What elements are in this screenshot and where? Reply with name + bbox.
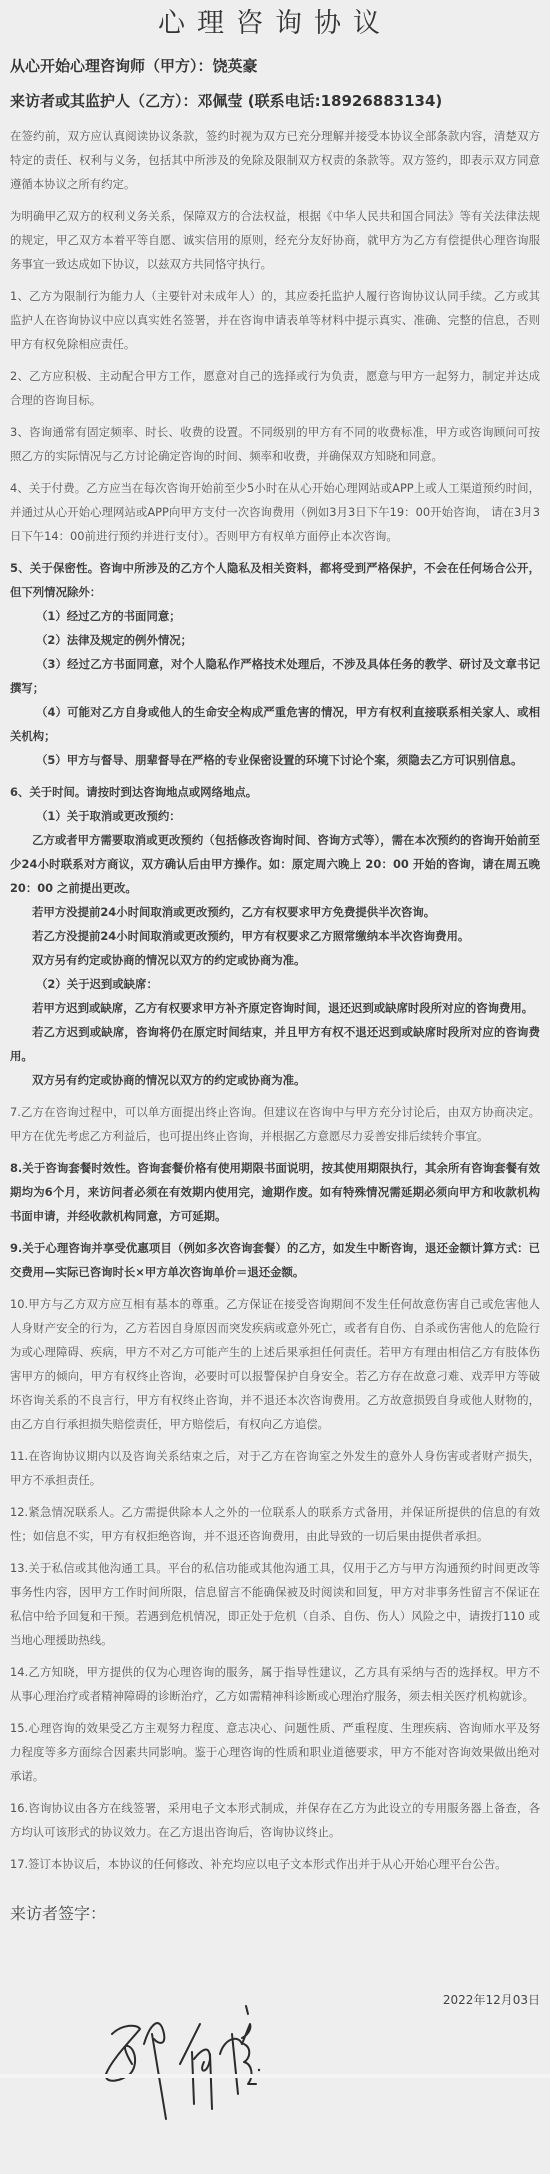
clause-10: 10.甲方与乙方双方应互相有基本的尊重。乙方保证在接受咨询期间不发生任何故意伤害… <box>10 1292 540 1436</box>
clause-6-sub1-line-2: 若甲方没提前24小时间取消或更改预约，乙方有权要求甲方免费提供半次咨询。 <box>10 900 540 924</box>
clause-6-sub2-line-3: 双方另有约定或协商的情况以双方的约定或协商为准。 <box>10 1068 540 1092</box>
signature-label: 来访者签字： <box>10 1902 540 1926</box>
intro-paragraph-1: 在签约前，双方应认真阅读协议条款，签约时视为双方已充分理解并接受本协议全部条款内… <box>10 124 540 196</box>
party-b-line: 来访者或其监护人（乙方）：邓佩莹 (联系电话:18926883134) <box>10 91 540 111</box>
clause-2: 2、乙方应积极、主动配合甲方工作，愿意对自己的选择或行为负责，愿意与甲方一起努力… <box>10 364 540 412</box>
clause-7: 7.乙方在咨询过程中，可以单方面提出终止咨询。但建议在咨询中与甲方充分讨论后，由… <box>10 1100 540 1148</box>
clause-17: 17.签订本协议后，本协议的任何修改、补充均应以电子文本形式作出并于从心开始心理… <box>10 1852 540 1876</box>
clause-3: 3、咨询通常有固定频率、时长、收费的设置。不同级别的甲方有不同的收费标准，甲方或… <box>10 420 540 468</box>
clause-1: 1、乙方为限制行为能力人（主要针对未成年人）的，其应委托监护人履行咨询协议认同手… <box>10 284 540 356</box>
clause-5-confidentiality: 5、关于保密性。咨询中所涉及的乙方个人隐私及相关资料，都将受到严格保护，不会在任… <box>10 556 540 772</box>
clause-5-item-2: （2）法律及规定的例外情况； <box>10 628 540 652</box>
clause-16: 16.咨询协议由各方在线签署，采用电子文本形式制成，并保存在乙方为此设立的专用服… <box>10 1796 540 1844</box>
clause-8: 8.关于咨询套餐时效性。咨询套餐价格有使用期限书面说明，按其使用期限执行，其余所… <box>10 1156 540 1228</box>
clause-5-item-5: （5）甲方与督导、朋辈督导在严格的专业保密设置的环境下讨论个案，须隐去乙方可识别… <box>10 748 540 772</box>
clause-9: 9.关于心理咨询并享受优惠项目（例如多次咨询套餐）的乙方，如发生中断咨询，退还金… <box>10 1236 540 1284</box>
clause-6-sub1-title: （1）关于取消或更改预约： <box>10 804 540 828</box>
clause-6-time: 6、关于时间。请按时到达咨询地点或网络地点。 （1）关于取消或更改预约： 乙方或… <box>10 780 540 1092</box>
clause-6-sub1-line-1: 乙方或者甲方需要取消或更改预约（包括修改咨询时间、咨询方式等），需在本次预约的咨… <box>10 828 540 900</box>
clause-5-heading: 5、关于保密性。咨询中所涉及的乙方个人隐私及相关资料，都将受到严格保护，不会在任… <box>10 556 540 604</box>
clause-13: 13.关于私信或其他沟通工具。平台的私信功能或其他沟通工具，仅用于乙方与甲方沟通… <box>10 1556 540 1652</box>
signing-date: 2022年12月03日 <box>443 1991 540 2008</box>
clause-5-item-3: （3）经过乙方书面同意，对个人隐私作严格技术处理后，不涉及具体任务的教学、研讨及… <box>10 652 540 700</box>
signature-area <box>10 1944 540 2174</box>
clause-6-sub2-line-2: 若乙方迟到或缺席，咨询将仍在原定时间结束，并且甲方有权不退还迟到或缺席时段所对应… <box>10 1020 540 1068</box>
party-a-line: 从心开始心理咨询师（甲方）：饶英豪 <box>10 56 540 76</box>
clause-6-sub1-line-3: 若乙方没提前24小时间取消或更改预约，甲方有权要求乙方照常缴纳本半次咨询费用。 <box>10 924 540 948</box>
clause-6-sub2-line-1: 若甲方迟到或缺席，乙方有权要求甲方补齐原定咨询时间，退还迟到或缺席时段所对应的咨… <box>10 996 540 1020</box>
clause-6-sub1-line-4: 双方另有约定或协商的情况以双方的约定或协商为准。 <box>10 948 540 972</box>
page-title: 心理咨询协议 <box>10 0 540 50</box>
page-bottom-edge <box>0 2074 550 2078</box>
handwritten-signature-image <box>102 2004 282 2134</box>
clause-6-heading: 6、关于时间。请按时到达咨询地点或网络地点。 <box>10 780 540 804</box>
clause-4: 4、关于付费。乙方应当在每次咨询开始前至少5小时在从心开始心理网站或APP上或人… <box>10 476 540 548</box>
clause-6-sub2-title: （2）关于迟到或缺席： <box>10 972 540 996</box>
clause-15: 15.心理咨询的效果受乙方主观努力程度、意志决心、问题性质、严重程度、生理疾病、… <box>10 1716 540 1788</box>
intro-paragraph-2: 为明确甲乙双方的权利义务关系，保障双方的合法权益，根据《中华人民共和国合同法》等… <box>10 204 540 276</box>
clause-5-item-1: （1）经过乙方的书面同意； <box>10 604 540 628</box>
agreement-document: 心理咨询协议 从心开始心理咨询师（甲方）：饶英豪 来访者或其监护人（乙方）：邓佩… <box>0 0 550 2174</box>
clause-11: 11.在咨询协议期内以及咨询关系结束之后，对于乙方在咨询室之外发生的意外人身伤害… <box>10 1444 540 1492</box>
clause-14: 14.乙方知晓，甲方提供的仅为心理咨询的服务，属于指导性建议，乙方具有采纳与否的… <box>10 1660 540 1708</box>
clause-5-item-4: （4）可能对乙方自身或他人的生命安全构成严重危害的情况，甲方有权利直接联系相关家… <box>10 700 540 748</box>
clause-12: 12.紧急情况联系人。乙方需提供除本人之外的一位联系人的联系方式备用，并保证所提… <box>10 1500 540 1548</box>
